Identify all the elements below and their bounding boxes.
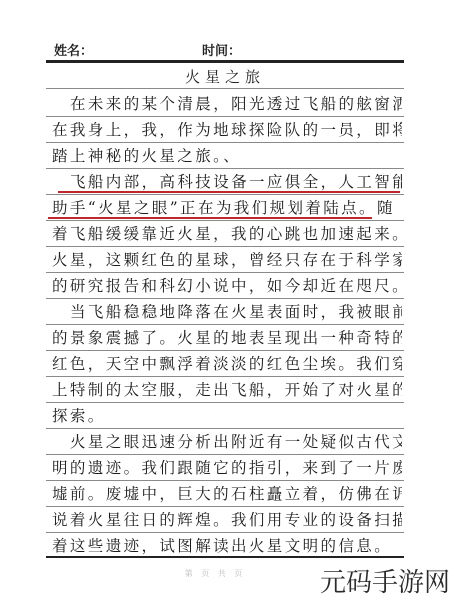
worksheet-header: 姓名： 时间： — [46, 36, 406, 58]
watermark: 元码手游网 — [320, 562, 449, 599]
ruled-line — [46, 142, 404, 143]
red-underline-annotation — [48, 217, 372, 219]
name-label: 姓名： — [54, 40, 93, 59]
bottom-divider — [46, 556, 404, 558]
essay-line: 说着火星往日的辉煌。我们用专业的设备扫描 — [52, 508, 402, 532]
essay-title: 火星之旅 — [46, 66, 404, 87]
ruled-line — [46, 532, 404, 533]
essay-line: 着飞船缓缓靠近火星，我的心跳也加速起来。 — [52, 222, 402, 246]
essay-line: 火星，这颗红色的星球，曾经只存在于科学家 — [52, 248, 402, 272]
ruled-line — [46, 88, 404, 89]
essay-line: 在未来的某个清晨，阳光透过飞船的舷窗洒 — [52, 92, 402, 116]
essay-line: 红色，天空中飘浮着淡淡的红色尘埃。我们穿 — [52, 352, 402, 376]
essay-line: 着这些遗迹，试图解读出火星文明的信息。 — [52, 534, 402, 558]
essay-line: 明的遗迹。我们跟随它的指引，来到了一片废 — [52, 456, 402, 480]
ruled-line — [46, 220, 404, 221]
essay-line: 上特制的太空服，走出飞船，开始了对火星的 — [52, 378, 402, 402]
ruled-line — [46, 376, 404, 377]
page-footer: 第 页 共 页 — [150, 568, 280, 579]
ruled-line — [46, 480, 404, 481]
worksheet-page: 姓名： 时间： 火星之旅 在未来的某个清晨，阳光透过飞船的舷窗洒在我身上，我，作… — [0, 0, 449, 600]
essay-line: 在我身上，我，作为地球探险队的一员，即将 — [52, 118, 402, 142]
ruled-line — [46, 298, 404, 299]
essay-line: 当飞船稳稳地降落在火星表面时，我被眼前 — [52, 300, 402, 324]
time-label: 时间： — [202, 40, 241, 59]
essay-line: 踏上神秘的火星之旅。、 — [52, 144, 402, 168]
ruled-line — [46, 272, 404, 273]
essay-line: 探索。 — [52, 404, 402, 428]
ruled-line — [46, 116, 404, 117]
ruled-line — [46, 402, 404, 403]
ruled-line — [46, 168, 404, 169]
essay-line: 墟前。废墟中，巨大的石柱矗立着，仿佛在诉 — [52, 482, 402, 506]
ruled-line — [46, 506, 404, 507]
ruled-line — [46, 350, 404, 351]
ruled-line — [46, 454, 404, 455]
header-divider — [46, 60, 404, 63]
ruled-line — [46, 246, 404, 247]
essay-line: 的研究报告和科幻小说中，如今却近在咫尺。 — [52, 274, 402, 298]
red-underline-annotation — [58, 191, 400, 193]
essay-line: 火星之眼迅速分析出附近有一处疑似古代文 — [52, 430, 402, 454]
ruled-line — [46, 194, 404, 195]
essay-line: 的景象震撼了。火星的地表呈现出一种奇特的 — [52, 326, 402, 350]
ruled-line — [46, 324, 404, 325]
ruled-line — [46, 428, 404, 429]
